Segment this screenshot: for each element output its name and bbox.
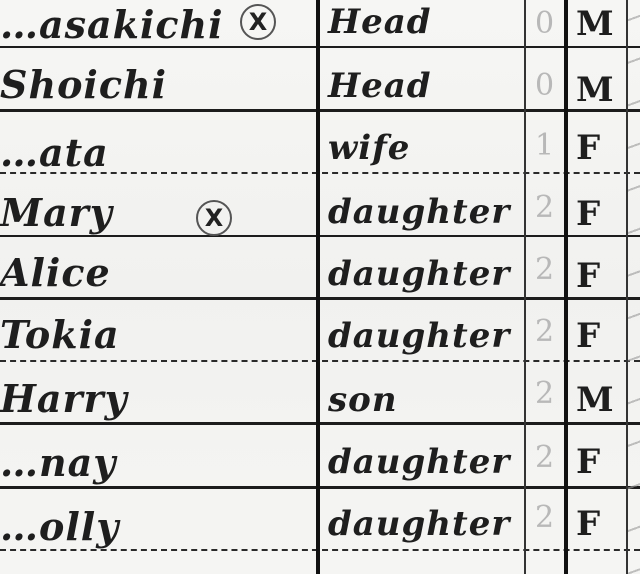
name-cell: Tokia bbox=[0, 312, 120, 357]
column-divider bbox=[316, 0, 320, 574]
column-divider bbox=[564, 0, 568, 574]
sex-cell: F bbox=[576, 256, 601, 296]
relationship-cell: Head bbox=[328, 66, 432, 106]
relationship-cell: wife bbox=[328, 128, 410, 168]
row-divider bbox=[0, 109, 640, 112]
sex-cell: F bbox=[576, 194, 601, 234]
sex-cell: M bbox=[576, 4, 615, 44]
x-mark-icon: X bbox=[196, 200, 232, 236]
sex-cell: F bbox=[576, 316, 601, 356]
sex-cell: M bbox=[576, 380, 615, 420]
name-cell: Alice bbox=[0, 250, 111, 295]
code-cell: 0 bbox=[530, 68, 560, 103]
name-cell: Harry bbox=[0, 376, 128, 421]
code-cell: 2 bbox=[530, 440, 560, 475]
column-divider bbox=[524, 0, 526, 574]
name-cell: Mary bbox=[0, 190, 113, 235]
sex-cell: M bbox=[576, 70, 615, 110]
margin-scribble bbox=[628, 0, 640, 574]
row-divider-dashed bbox=[0, 360, 640, 362]
relationship-cell: Head bbox=[328, 2, 432, 42]
name-cell: …ata bbox=[0, 130, 109, 175]
sex-cell: F bbox=[576, 442, 601, 482]
x-mark-icon: X bbox=[240, 4, 276, 40]
code-cell: 2 bbox=[530, 500, 560, 535]
code-cell: 2 bbox=[530, 314, 560, 349]
name-cell: …asakichi bbox=[0, 2, 224, 47]
code-cell: 0 bbox=[530, 6, 560, 41]
relationship-cell: daughter bbox=[328, 254, 510, 294]
sex-cell: F bbox=[576, 504, 601, 544]
relationship-cell: daughter bbox=[328, 316, 510, 356]
row-divider bbox=[0, 422, 640, 425]
name-cell: …olly bbox=[0, 504, 119, 549]
code-cell: 2 bbox=[530, 252, 560, 287]
code-cell: 2 bbox=[530, 190, 560, 225]
row-divider bbox=[0, 235, 640, 237]
census-sheet: …asakichi X Head 0 M Shoichi Head 0 M …a… bbox=[0, 0, 640, 574]
row-divider bbox=[0, 486, 640, 489]
relationship-cell: daughter bbox=[328, 504, 510, 544]
code-cell: 1 bbox=[530, 128, 560, 163]
code-cell: 2 bbox=[530, 376, 560, 411]
name-cell: …nay bbox=[0, 440, 116, 485]
row-divider bbox=[0, 297, 640, 300]
sex-cell: F bbox=[576, 128, 601, 168]
name-cell: Shoichi bbox=[0, 62, 167, 107]
row-divider-dashed bbox=[0, 549, 640, 551]
relationship-cell: son bbox=[328, 380, 398, 420]
relationship-cell: daughter bbox=[328, 442, 510, 482]
relationship-cell: daughter bbox=[328, 192, 510, 232]
